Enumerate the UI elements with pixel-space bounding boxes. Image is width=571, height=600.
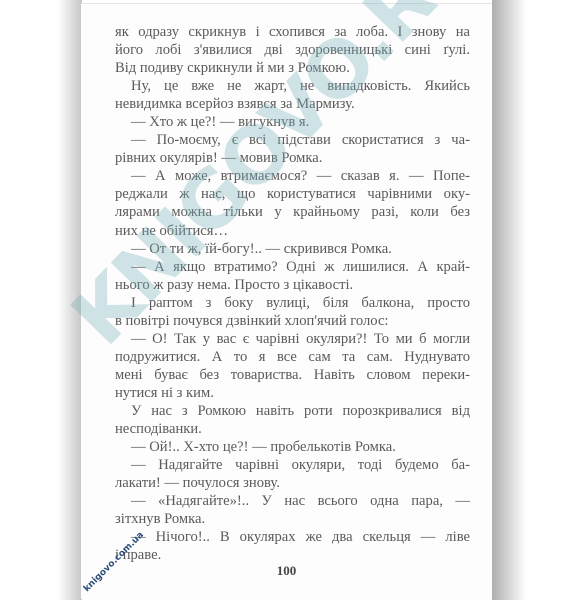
text-line: — Ой!.. Х-хто це?! — пробелькотів Ромка. [115,438,470,456]
text-line: лярами можна тільки у крайньому разі, ко… [115,203,470,221]
text-line: У нас з Ромкою навіть роти порозкривалис… [115,402,470,420]
text-line: Ну, це вже не жарт, не випадковість. Яки… [115,77,470,95]
text-line: подружитися. А то я все сам та сам. Нудн… [115,348,470,366]
text-line: — По-моєму, є всі підстави скористатися … [115,131,470,149]
text-line: невидимка всерйоз взявся за Мармизу. [115,95,470,113]
text-line: мені буває без товариства. Навіть словом… [115,366,470,384]
text-line: реджали ж нас, що користуватися чарівним… [115,185,470,203]
book-page: як одразу скрикнув і схопився за лоба. І… [81,3,492,599]
text-line: як одразу скрикнув і схопився за лоба. І… [115,23,470,41]
text-line: — Нічого!.. В окулярах же два скельця — … [115,528,470,546]
text-line: нутися ні з ким. [115,384,470,402]
text-line: рівних окулярів! — мовив Ромка. [115,149,470,167]
text-line: несподіванки. [115,420,470,438]
text-line: — О! Так у вас є чарівні окуляри?! То ми… [115,330,470,348]
page-shadow-left [58,0,82,600]
page-shadow-right [492,0,526,600]
text-line: — Надягайте чарівні окуляри, тоді будемо… [115,456,470,474]
text-line: — А якщо втратимо? Одні ж лишилися. А кр… [115,258,470,276]
text-line: них не обійтися… [115,222,470,240]
text-line: нього ж разу нема. Просто з цікавості. [115,276,470,294]
page-body-text: як одразу скрикнув і схопився за лоба. І… [115,23,470,564]
text-line: — «Надягайте»!.. У нас всього одна пара,… [115,492,470,510]
text-line: його лобі з'явилися дві здоровенницькі с… [115,41,470,59]
text-line: Від подиву скрикнули й ми з Ромкою. [115,59,470,77]
text-line: — От ти ж, їй-богу!.. — скривився Ромка. [115,240,470,258]
text-line: — Хто ж це?! — вигукнув я. [115,113,470,131]
text-line: в повітрі почувся дзвінкий хлоп'ячий гол… [115,312,470,330]
page-number: 100 [81,563,492,579]
text-line: лакати! — почулося знову. [115,474,470,492]
text-line: і праве. [115,546,470,564]
text-line: — А може, втримаємося? — сказав я. — Поп… [115,167,470,185]
text-line: І раптом з боку вулиці, біля балкона, пр… [115,294,470,312]
text-line: зітхнув Ромка. [115,510,470,528]
